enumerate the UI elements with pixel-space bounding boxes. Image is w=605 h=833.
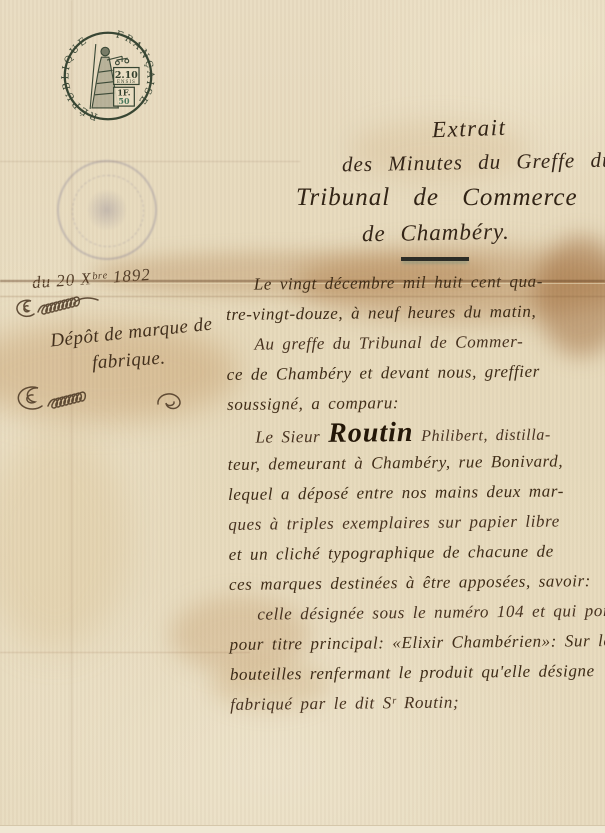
fiscal-stamp: RÉPUBLIQUE FRANÇAISE 2.10 ENSIS 1F. 50 [61,29,155,123]
routin-suffix: Philibert, distilla- [414,427,551,445]
body-text-block: Le vingt décembre mil huit cent qua- tre… [226,266,605,720]
routin-name: Routin [328,417,414,449]
stamp-value-bottom-2: 50 [118,96,130,106]
scanned-document-page: RÉPUBLIQUE FRANÇAISE 2.10 ENSIS 1F. 50 [0,0,605,833]
body-line: bouteilles renfermant le produit qu'elle… [230,656,604,690]
body-line: celle désignée sous le numéro 104 et qui… [229,596,603,630]
body-line: Au greffe du Tribunal de Commer- [226,326,600,360]
header-divider-rule [401,257,469,261]
body-line: Le vingt décembre mil huit cent qua- [226,266,600,300]
fold-crease-horizontal [0,161,300,162]
flourish-squiggle-bottom [8,380,218,422]
faint-ink-stamp [57,160,157,260]
scan-bottom-edge [0,825,605,833]
body-line-routin: Le Sieur Routin Philibert, distilla- [227,416,601,450]
stamp-arc-left: RÉPUBLIQUE [61,35,99,122]
body-line: ce de Chambéry et devant nous, greffier [227,356,601,390]
fold-crease-horizontal [0,652,250,653]
margin-date: du 20 Xᵇʳᵉ 1892 [31,265,151,293]
body-line: soussigné, a comparu: [227,386,601,420]
header-line-chambery: de Chambéry. [362,219,510,248]
stamp-value-box-top: 2.10 ENSIS [114,68,139,85]
stamp-value-box-bottom: 1F. 50 [114,87,135,106]
header-line-tribunal: Tribunal de Commerce [296,184,578,212]
body-line: teur, demeurant à Chambéry, rue Bonivard… [228,446,602,480]
body-line: tre-vingt-douze, à neuf heures du matin, [226,296,600,330]
header-line-extrait: Extrait [432,115,507,144]
body-line: ques à triples exemplaires sur papier li… [228,506,602,540]
stamp-value-fragment: ENSIS [117,79,136,84]
paper-stain [0,430,130,650]
routin-prefix: Le Sieur [255,427,328,447]
body-line: fabriqué par le dit Sʳ Routin; [230,686,604,720]
margin-note-line-2: fabrique. [91,347,166,374]
body-line: lequel a déposé entre nos mains deux mar… [228,476,602,510]
header-line-minutes: des Minutes du Greffe du [342,148,605,178]
body-line: pour titre principal: «Elixir Chambérien… [229,626,603,660]
body-line: et un cliché typographique de chacune de [228,536,602,570]
body-line: ces marques destinées à être apposées, s… [229,566,603,600]
